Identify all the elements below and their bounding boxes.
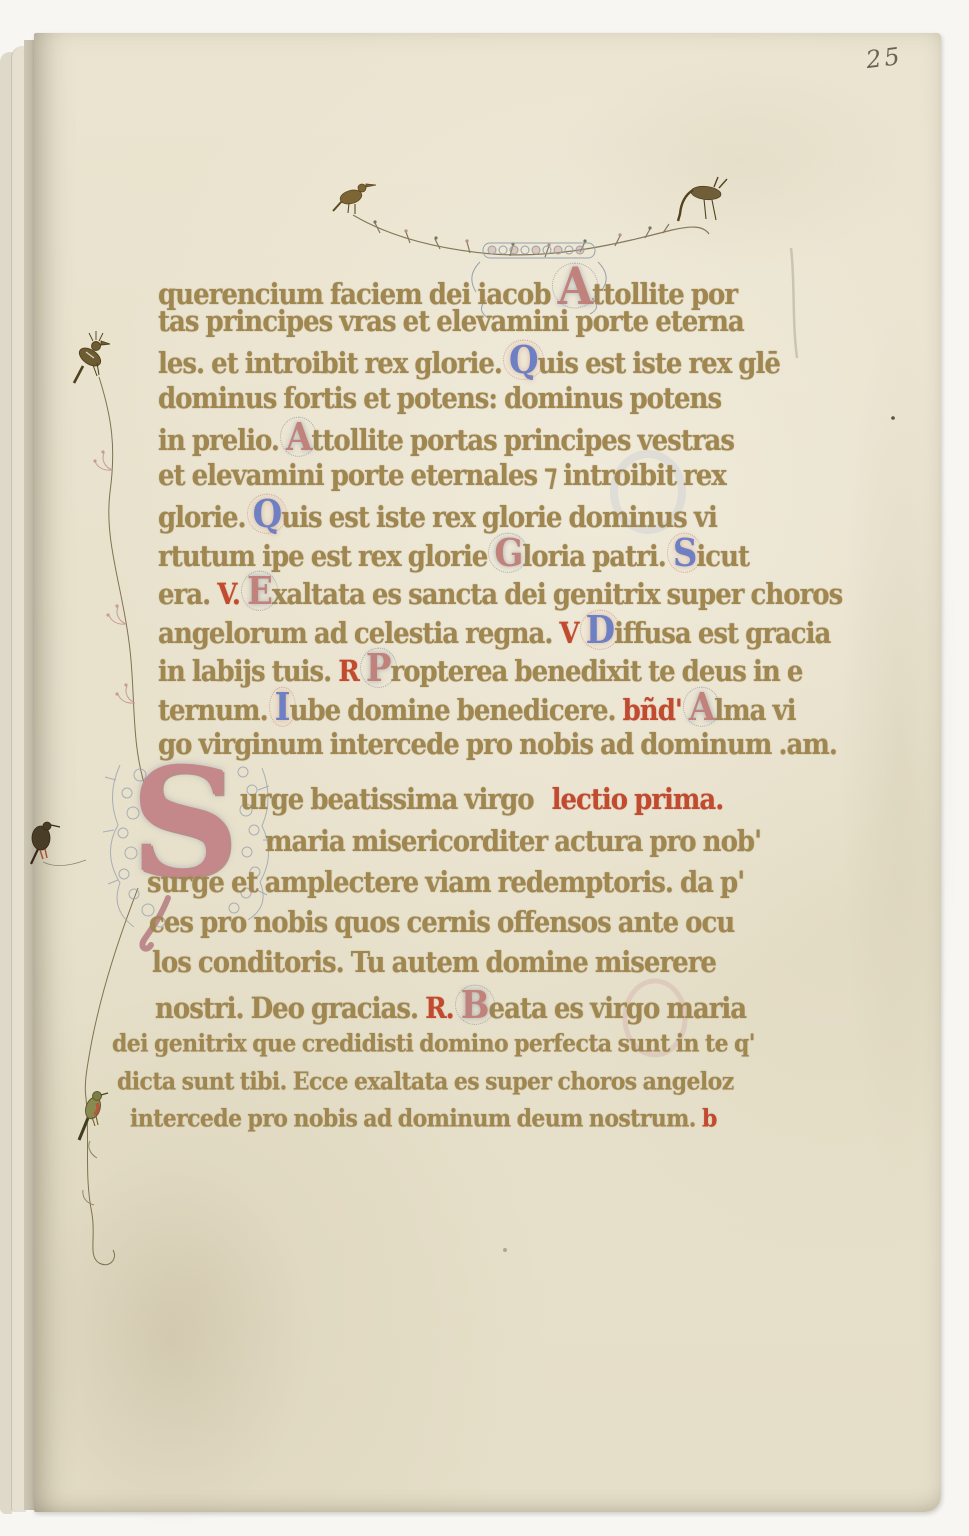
text-line-6: et elevamini porte eternales ⁊ introibit… [158, 459, 726, 494]
text-line-17: ces pro nobis quos cernis offensos ante … [149, 906, 734, 941]
text-span: icut [696, 540, 749, 574]
text-span: los conditoris. Tu autem domine miserere [152, 946, 716, 980]
text-span: ttollite portas principes vestras [311, 424, 734, 458]
text-span: glorie. [158, 501, 253, 535]
text-span: les. et introibit rex glorie. [158, 347, 509, 381]
text-block: querencium faciem dei iacob Attollite po… [0, 0, 969, 1536]
text-span: tas principes vras et elevamini porte et… [158, 305, 744, 339]
illuminated-initial-Q: Q [253, 497, 282, 533]
illuminated-initial-I: I [275, 690, 290, 726]
text-span: et elevamini porte eternales ⁊ introibit… [158, 459, 726, 493]
text-span: in labijs tuis. [158, 655, 338, 689]
illuminated-initial-G: G [494, 536, 522, 572]
text-line-12: ternum. Iube domine benedicere. bñd' Alm… [158, 690, 796, 729]
illuminated-initial-A: A [689, 690, 714, 726]
text-span: iffusa est gracia [614, 617, 830, 651]
text-span: uis est iste rex glē [538, 347, 780, 381]
text-line-2: tas principes vras et elevamini porte et… [158, 305, 744, 340]
text-span: surge et amplectere viam redemptoris. da… [147, 866, 744, 900]
text-span: dicta sunt tibi. Ecce exaltata es super … [117, 1067, 734, 1096]
text-line-20: dei genitrix que credidisti domino perfe… [112, 1029, 755, 1059]
text-line-14: urge beatissima virgolectio prima. [240, 783, 723, 818]
text-span: loria patri. [522, 540, 672, 574]
text-line-11: in labijs tuis. R Propterea benedixit te… [158, 651, 802, 690]
benediction-abbrev: bñd' [623, 694, 689, 728]
text-line-3: les. et introibit rex glorie. Quis est i… [158, 343, 780, 382]
illuminated-initial-Q: Q [509, 343, 538, 379]
text-line-4: dominus fortis et potens: dominus potens [158, 382, 721, 417]
illuminated-initial-A: A [286, 420, 311, 456]
text-span: angelorum ad celestia regna. [158, 617, 559, 651]
text-span: xaltata es sancta dei genitrix super cho… [272, 578, 842, 612]
illuminated-initial-A: A [558, 266, 593, 307]
illuminated-initial-E: E [247, 574, 272, 610]
text-line-9: era. V. Exaltata es sancta dei genitrix … [158, 574, 842, 613]
text-line-10: angelorum ad celestia regna. V Diffusa e… [158, 613, 830, 652]
versicle-mark: b [702, 1104, 717, 1133]
text-span: dei genitrix que credidisti domino perfe… [112, 1029, 755, 1058]
text-span: era. [158, 578, 217, 612]
text-line-7: glorie. Quis est iste rex glorie dominus… [158, 497, 717, 536]
text-span: ces pro nobis quos cernis offensos ante … [149, 906, 734, 940]
text-line-19: nostri. Deo gracias. R. Beata es virgo m… [155, 988, 746, 1027]
illuminated-initial-P: P [366, 651, 391, 687]
text-span: ube domine benedicere. [290, 694, 623, 728]
text-span: lma vi [714, 694, 795, 728]
text-line-22: intercede pro nobis ad dominum deum nost… [130, 1104, 717, 1134]
text-span: ternum. [158, 694, 275, 728]
text-span: rtutum ipe est rex glorie [158, 540, 494, 574]
text-span: maria misericorditer actura pro nob' [265, 825, 761, 859]
text-line-5: in prelio. Attollite portas principes ve… [158, 420, 734, 459]
text-span: urge beatissima virgo [240, 783, 534, 817]
illuminated-initial-B: B [461, 988, 489, 1024]
text-span: nostri. Deo gracias. [155, 992, 425, 1026]
illuminated-initial-D: D [586, 613, 614, 649]
text-line-18: los conditoris. Tu autem domine miserere [152, 946, 716, 981]
text-span: eata es virgo maria [489, 992, 747, 1026]
text-span: in prelio. [158, 424, 286, 458]
rubric-lectio-prima: lectio prima. [552, 783, 724, 817]
manuscript-scan: 25 [0, 0, 969, 1536]
text-line-13: go virginum intercede pro nobis ad domin… [158, 728, 837, 763]
text-span: dominus fortis et potens: dominus potens [158, 382, 721, 416]
text-line-21: dicta sunt tibi. Ecce exaltata es super … [117, 1067, 734, 1097]
text-span: uis est iste rex glorie dominus vi [281, 501, 717, 535]
text-span: intercede pro nobis ad dominum deum nost… [130, 1104, 702, 1133]
text-line-16: surge et amplectere viam redemptoris. da… [147, 866, 744, 901]
text-line-15: maria misericorditer actura pro nob' [265, 825, 761, 860]
text-span: go virginum intercede pro nobis ad domin… [158, 728, 837, 762]
text-span: ropterea benedixit te deus in e [391, 655, 803, 689]
illuminated-initial-S: S [673, 536, 697, 572]
folio-number: 25 [864, 42, 904, 74]
